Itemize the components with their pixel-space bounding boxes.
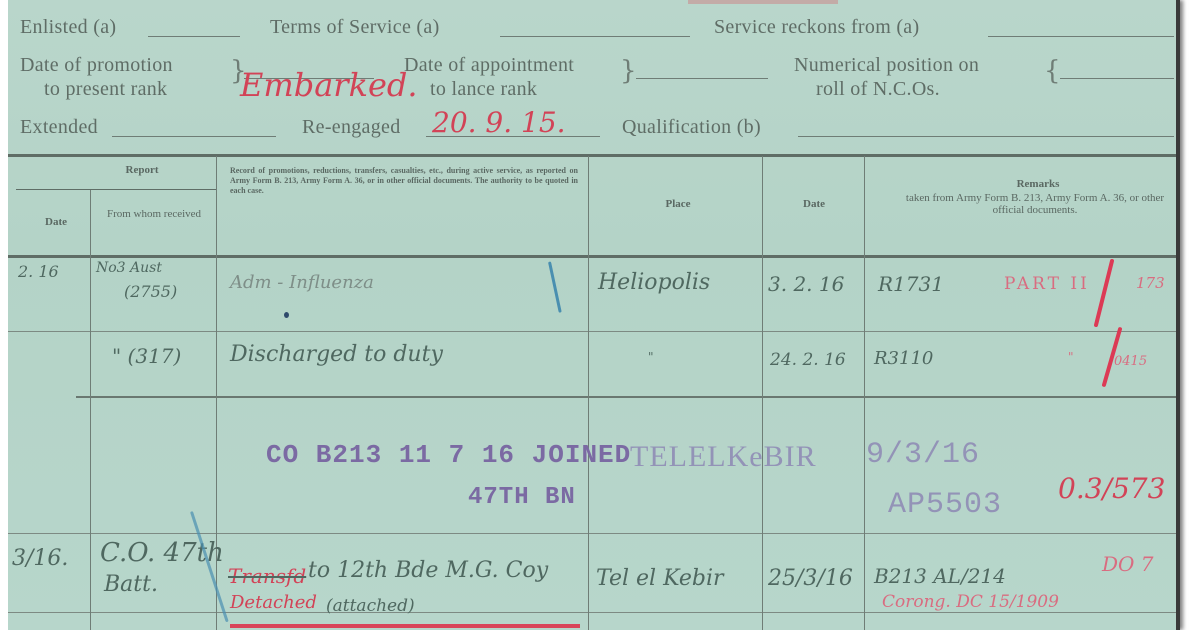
header-report: Report xyxy=(92,164,192,176)
row4-place: Tel el Kebir xyxy=(596,566,724,591)
re-engaged-value: 20. 9. 15. xyxy=(432,106,566,139)
row4-record-2: (attached) xyxy=(326,596,415,616)
row1-from-2: (2755) xyxy=(124,282,177,301)
header-record: Record of promotions, reductions, transf… xyxy=(230,166,578,196)
enlisted-line xyxy=(148,36,240,37)
appointment-line xyxy=(636,78,768,79)
terms-of-service-label: Terms of Service (a) xyxy=(270,16,440,39)
row4-remarks: B213 AL/214 xyxy=(874,564,1006,588)
table-top-border xyxy=(8,154,1176,157)
row1-from-1: No3 Aust xyxy=(96,260,162,276)
brace: } xyxy=(620,56,637,86)
date-of-promotion-label-2: to present rank xyxy=(44,78,167,101)
ink-dot xyxy=(284,312,289,318)
header-remarks-title: Remarks xyxy=(908,178,1168,190)
row1-date: 2. 16 xyxy=(18,262,59,281)
row2-place: " xyxy=(648,350,654,364)
re-engaged-label: Re-engaged xyxy=(302,116,401,139)
row4-from-2: Batt. xyxy=(104,572,158,597)
row3-annotation: 0.3/573 xyxy=(1058,472,1165,505)
numerical-position-label-1: Numerical position on xyxy=(794,54,979,77)
row4-date2: 25/3/16 xyxy=(768,566,853,591)
row2-from: " (317) xyxy=(112,344,181,368)
header-place: Place xyxy=(608,198,748,210)
red-slash-mark xyxy=(1094,259,1115,328)
row-divider-2 xyxy=(76,396,1176,398)
extended-line xyxy=(112,136,276,137)
row-divider-3 xyxy=(8,533,1176,534)
col-divider-record xyxy=(588,156,589,630)
row1-record: Adm - Influenza xyxy=(230,272,374,293)
row-divider-1 xyxy=(8,331,1176,332)
col-divider-date xyxy=(90,190,91,630)
service-record-page: Enlisted (a) Terms of Service (a) Servic… xyxy=(8,0,1176,630)
ink-stroke xyxy=(548,261,562,312)
row1-date2: 3. 2. 16 xyxy=(768,272,844,296)
date-of-promotion-label-1: Date of promotion xyxy=(20,54,173,77)
col-divider-date2 xyxy=(864,156,865,630)
terms-of-service-line xyxy=(500,36,690,37)
header-date2: Date xyxy=(774,198,854,210)
row2-record: Discharged to duty xyxy=(230,342,443,367)
date-of-appointment-label-2: to lance rank xyxy=(430,78,537,101)
stamp-line-1: CO B213 11 7 16 JOINED xyxy=(266,440,631,470)
table-header-bottom-border xyxy=(8,255,1176,258)
row4-record: to 12th Bde M.G. Coy xyxy=(308,558,548,583)
header-remarks: taken from Army Form B. 213, Army Form A… xyxy=(904,192,1166,216)
col-divider-place xyxy=(762,156,763,630)
row2-annotation-num: 0415 xyxy=(1114,354,1147,369)
service-reckons-line xyxy=(988,36,1174,37)
row-divider-4 xyxy=(8,612,1176,613)
row1-annotation-num: 173 xyxy=(1136,274,1165,292)
extended-label: Extended xyxy=(20,116,98,139)
stamp-line-1c: 9/3/16 xyxy=(866,438,980,472)
red-underline xyxy=(230,624,580,628)
enlisted-label: Enlisted (a) xyxy=(20,16,116,39)
qualification-line xyxy=(798,136,1174,137)
document-frame: Enlisted (a) Terms of Service (a) Servic… xyxy=(0,0,1200,630)
qualification-label: Qualification (b) xyxy=(622,116,761,139)
row4-remarks-red: Corong. DC 15/1909 xyxy=(882,592,1059,612)
promotion-value: Embarked. xyxy=(240,66,418,104)
row2-annotation: " xyxy=(1068,350,1074,364)
stamp-line-2: 47TH BN xyxy=(468,484,576,511)
service-reckons-label: Service reckons from (a) xyxy=(714,16,919,39)
row1-annotation: PART II xyxy=(1004,274,1090,294)
header-from-whom: From whom received xyxy=(100,208,208,220)
row4-record-strike: Transfd xyxy=(228,564,306,588)
stamp-line-2b: AP5503 xyxy=(888,488,1002,522)
stamp-line-1b: TELELKeBIR xyxy=(630,440,817,474)
row1-place: Heliopolis xyxy=(598,270,710,295)
brace: { xyxy=(1044,56,1061,86)
header-date: Date xyxy=(26,216,86,228)
numerical-position-label-2: roll of N.C.Os. xyxy=(816,78,940,101)
row4-annotation: DO 7 xyxy=(1102,552,1154,576)
row1-remarks: R1731 xyxy=(878,272,944,296)
row4-date: 3/16. xyxy=(12,546,68,571)
row2-remarks: R3110 xyxy=(874,348,933,369)
row2-date2: 24. 2. 16 xyxy=(770,350,846,370)
date-of-appointment-label-1: Date of appointment xyxy=(404,54,574,77)
report-subheader-line xyxy=(16,189,216,190)
ncos-line xyxy=(1060,78,1174,79)
red-mark-top xyxy=(688,0,838,4)
row4-record-red: Detached xyxy=(230,592,317,613)
